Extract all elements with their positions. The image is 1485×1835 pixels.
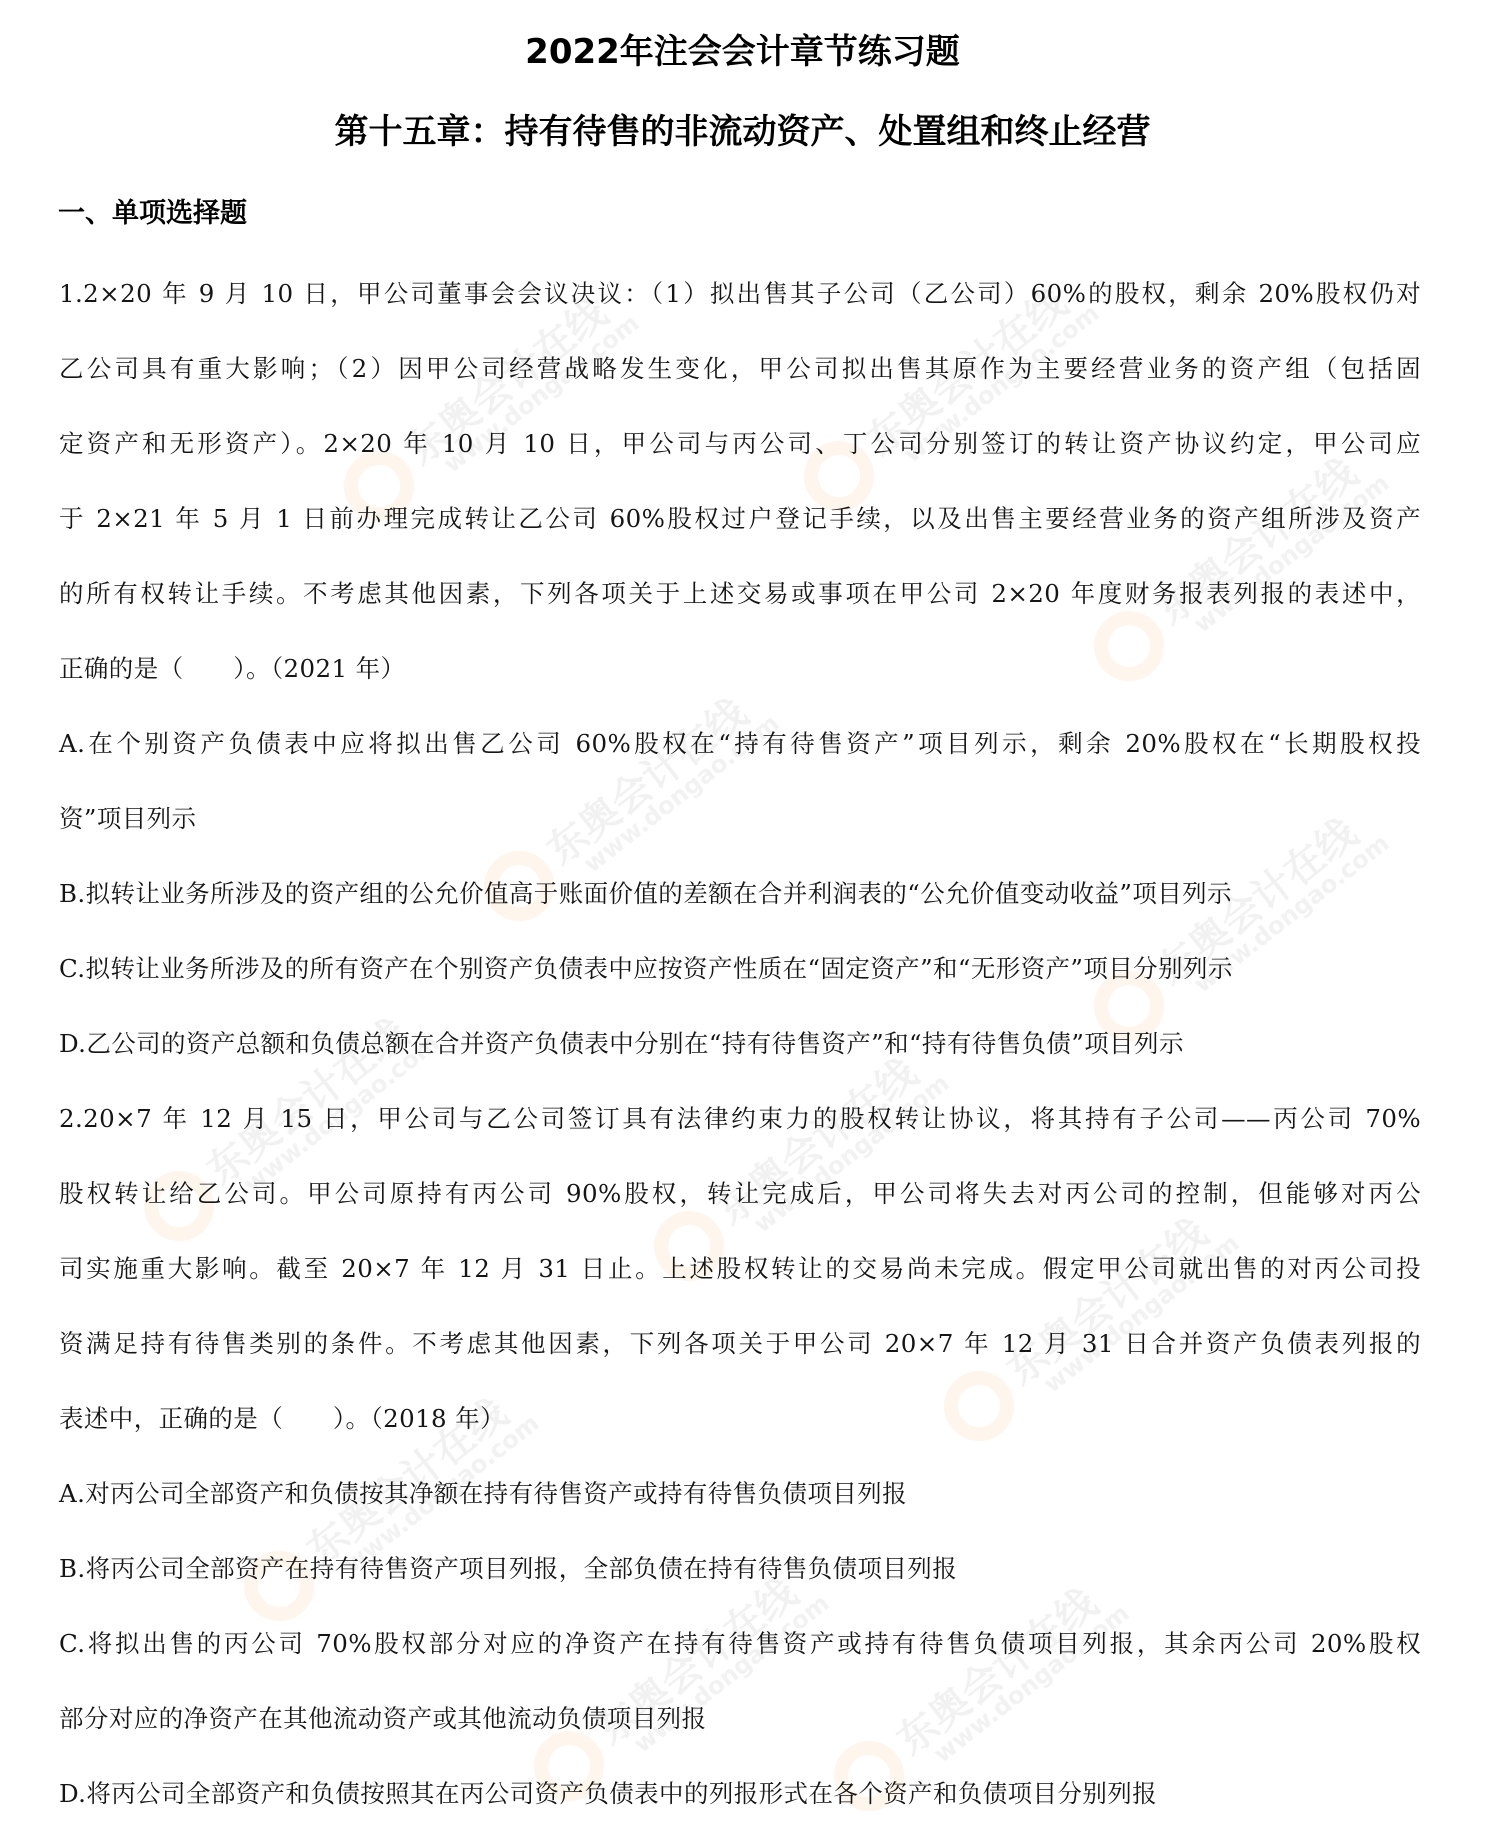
watermark-logo-icon — [930, 1357, 1028, 1455]
question-1-stem-line: 正确的是（ ）。（2021 年） — [59, 649, 405, 689]
section-heading: 一、单项选择题 — [58, 194, 247, 234]
question-1-stem-line: 乙公司具有重大影响；（2）因甲公司经营战略发生变化，甲公司拟出售其原作为主要经营… — [59, 349, 1421, 389]
question-1-option-c: C.拟转让业务所涉及的所有资产在个别资产负债表中应按资产性质在“固定资产”和“无… — [59, 949, 1233, 989]
document-page: 东奥会计在线 www.dongao.com 东奥会计在线 www.dongao.… — [0, 0, 1485, 1835]
question-2-stem-line: 2.20×7 年 12 月 15 日，甲公司与乙公司签订具有法律约束力的股权转让… — [59, 1099, 1421, 1139]
question-2-option-c: C.将拟出售的丙公司 70%股权部分对应的净资产在持有待售资产或持有待售负债项目… — [59, 1624, 1421, 1664]
question-1-stem-line: 定资产和无形资产）。2×20 年 10 月 10 日，甲公司与丙公司、丁公司分别… — [59, 424, 1421, 464]
question-2-option-d: D.将丙公司全部资产和负债按照其在丙公司资产负债表中的列报形式在各个资产和负债项… — [59, 1774, 1157, 1814]
question-1-option-b: B.拟转让业务所涉及的资产组的公允价值高于账面价值的差额在合并利润表的“公允价值… — [59, 874, 1232, 914]
document-title: 2022年注会会计章节练习题 — [0, 26, 1485, 78]
question-1-option-a: 资”项目列示 — [59, 799, 196, 839]
question-2-option-c: 部分对应的净资产在其他流动资产或其他流动负债项目列报 — [59, 1699, 706, 1739]
question-1-option-d: D.乙公司的资产总额和负债总额在合并资产负债表中分别在“持有待售资产”和“持有待… — [59, 1024, 1184, 1064]
question-2-stem-line: 股权转让给乙公司。甲公司原持有丙公司 90%股权，转让完成后，甲公司将失去对丙公… — [59, 1174, 1421, 1214]
chapter-title: 第十五章：持有待售的非流动资产、处置组和终止经营 — [0, 104, 1485, 160]
question-1-stem-line: 的所有权转让手续。不考虑其他因素，下列各项关于上述交易或事项在甲公司 2×20 … — [59, 574, 1421, 614]
question-1-stem-line: 于 2×21 年 5 月 1 日前办理完成转让乙公司 60%股权过户登记手续，以… — [59, 499, 1421, 539]
question-2-stem-line: 司实施重大影响。截至 20×7 年 12 月 31 日止。上述股权转让的交易尚未… — [59, 1249, 1421, 1289]
question-2-option-a: A.对丙公司全部资产和负债按其净额在持有待售资产或持有待售负债项目列报 — [59, 1474, 907, 1514]
question-1-stem-line: 1.2×20 年 9 月 10 日，甲公司董事会会议决议：（1）拟出售其子公司（… — [59, 274, 1421, 314]
question-2-stem-line: 资满足持有待售类别的条件。不考虑其他因素，下列各项关于甲公司 20×7 年 12… — [59, 1324, 1421, 1364]
question-2-stem-line: 表述中，正确的是（ ）。（2018 年） — [59, 1399, 505, 1439]
question-1-option-a: A.在个别资产负债表中应将拟出售乙公司 60%股权在“持有待售资产”项目列示，剩… — [59, 724, 1421, 764]
question-2-option-b: B.将丙公司全部资产在持有待售资产项目列报，全部负债在持有待售负债项目列报 — [59, 1549, 957, 1589]
